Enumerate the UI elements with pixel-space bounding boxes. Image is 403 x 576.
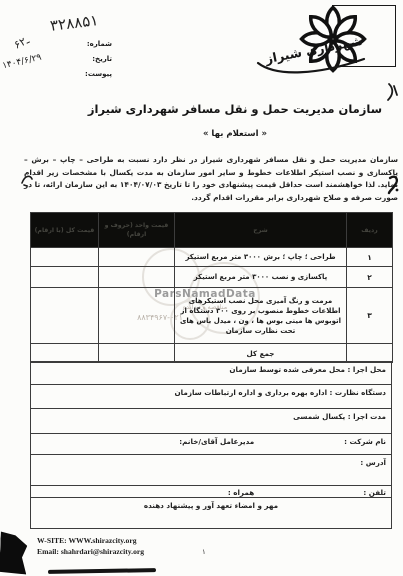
total-row: جمع کل (31, 344, 393, 363)
scan-blob (0, 532, 28, 575)
organization-title: سازمان مدیریت حمل و نقل مسافر شهرداری شی… (55, 102, 403, 116)
row-number-cell (347, 344, 393, 363)
mobile-label: همراه : (228, 488, 254, 497)
document-title: « استعلام بها » (55, 129, 403, 139)
header-total-price: قیمت کل (با ارقام) (31, 213, 99, 248)
date-label: تاریخ: (52, 55, 112, 70)
handwritten-note: ۶ـ۲ (12, 33, 31, 51)
signature-box: مهر و امضاء تعهد آور و پیشنهاد دهنده (30, 497, 392, 529)
lower-form: محل اجرا : محل معرفی شده توسط سازمان دست… (30, 362, 392, 529)
handwritten-date: ۱۴۰۴/۶/۲۹ (1, 53, 42, 72)
company-name-label: نام شرکت : (344, 437, 386, 446)
address-label: آدرس : (360, 458, 386, 467)
ink-mark (387, 172, 401, 196)
duration-box: مدت اجرا : یکسال شمسی (30, 408, 392, 434)
row-number-cell: ۳ (347, 288, 393, 344)
footer-website: W-SITE: WWW.shirazcity.org (37, 535, 144, 546)
footer-email: Email: shahrdari@shirazcity.org (37, 546, 144, 557)
handwritten-reference-number: ۳۲۸۸۵۱ (49, 11, 99, 35)
supervisor-box: دستگاه نظارت : اداره بهره برداری و اداره… (30, 384, 392, 409)
company-name-box: نام شرکت : مدیرعامل آقای/خانم: (30, 433, 392, 455)
total-price-cell (31, 267, 99, 288)
ceo-label: مدیرعامل آقای/خانم: (179, 437, 254, 446)
price-inquiry-table: ردیف شرح قیمت واحد (حروف و ارقام) قیمت ک… (30, 212, 393, 363)
attachment-label: پیوست: (52, 70, 112, 85)
table-row: ۳ مرمت و رنگ آمیزی محل نصب استیکرهای اطل… (31, 288, 393, 344)
ink-mark (385, 82, 399, 104)
scanned-document-page: ParsNamadData مناقصه و مزایده ۸۸۳۴۹۶۷-۰۲… (0, 0, 403, 576)
page-number: ۱ (202, 548, 206, 556)
unit-price-cell (99, 267, 175, 288)
total-price-cell (31, 248, 99, 267)
table-header-row: ردیف شرح قیمت واحد (حروف و ارقام) قیمت ک… (31, 213, 393, 248)
row-number-cell: ۲ (347, 267, 393, 288)
execution-location-box: محل اجرا : محل معرفی شده توسط سازمان (30, 361, 392, 385)
header-unit-price: قیمت واحد (حروف و ارقام) (99, 213, 175, 248)
ink-mark (20, 171, 34, 187)
reference-block: شماره: تاریخ: پیوست: (52, 40, 112, 85)
phone-label: تلفن : (363, 488, 386, 497)
address-box: آدرس : (30, 454, 392, 486)
header-row-number: ردیف (347, 213, 393, 248)
number-label: شماره: (52, 40, 112, 55)
header-description: شرح (175, 213, 347, 248)
table-row: ۲ پاکسازی و نصب ۳۰۰۰ متر مربع استیکر (31, 267, 393, 288)
table-row: ۱ طراحی ؛ چاپ ؛ برش ۳۰۰۰ متر مربع استیکر (31, 248, 393, 267)
execution-location-text: محل اجرا : محل معرفی شده توسط سازمان (229, 365, 386, 374)
duration-text: مدت اجرا : یکسال شمسی (293, 412, 386, 421)
calligraphy-swoosh (256, 57, 368, 81)
supervisor-text: دستگاه نظارت : اداره بهره برداری و اداره… (175, 388, 386, 397)
scribble-line (48, 568, 156, 574)
description-cell: طراحی ؛ چاپ ؛ برش ۳۰۰۰ متر مربع استیکر (175, 248, 347, 267)
total-price-cell (31, 288, 99, 344)
description-cell: پاکسازی و نصب ۳۰۰۰ متر مربع استیکر (175, 267, 347, 288)
unit-price-cell (99, 344, 175, 363)
unit-price-cell (99, 248, 175, 267)
intro-paragraph: سازمان مدیریت حمل و نقل مسافر شهرداری شی… (24, 154, 398, 204)
total-price-cell (31, 344, 99, 363)
footer-contact: W-SITE: WWW.shirazcity.org Email: shahrd… (37, 535, 144, 557)
total-label-cell: جمع کل (175, 344, 347, 363)
unit-price-cell (99, 288, 175, 344)
description-cell: مرمت و رنگ آمیزی محل نصب استیکرهای اطلاع… (175, 288, 347, 344)
signature-note: مهر و امضاء تعهد آور و پیشنهاد دهنده (144, 501, 278, 510)
row-number-cell: ۱ (347, 248, 393, 267)
